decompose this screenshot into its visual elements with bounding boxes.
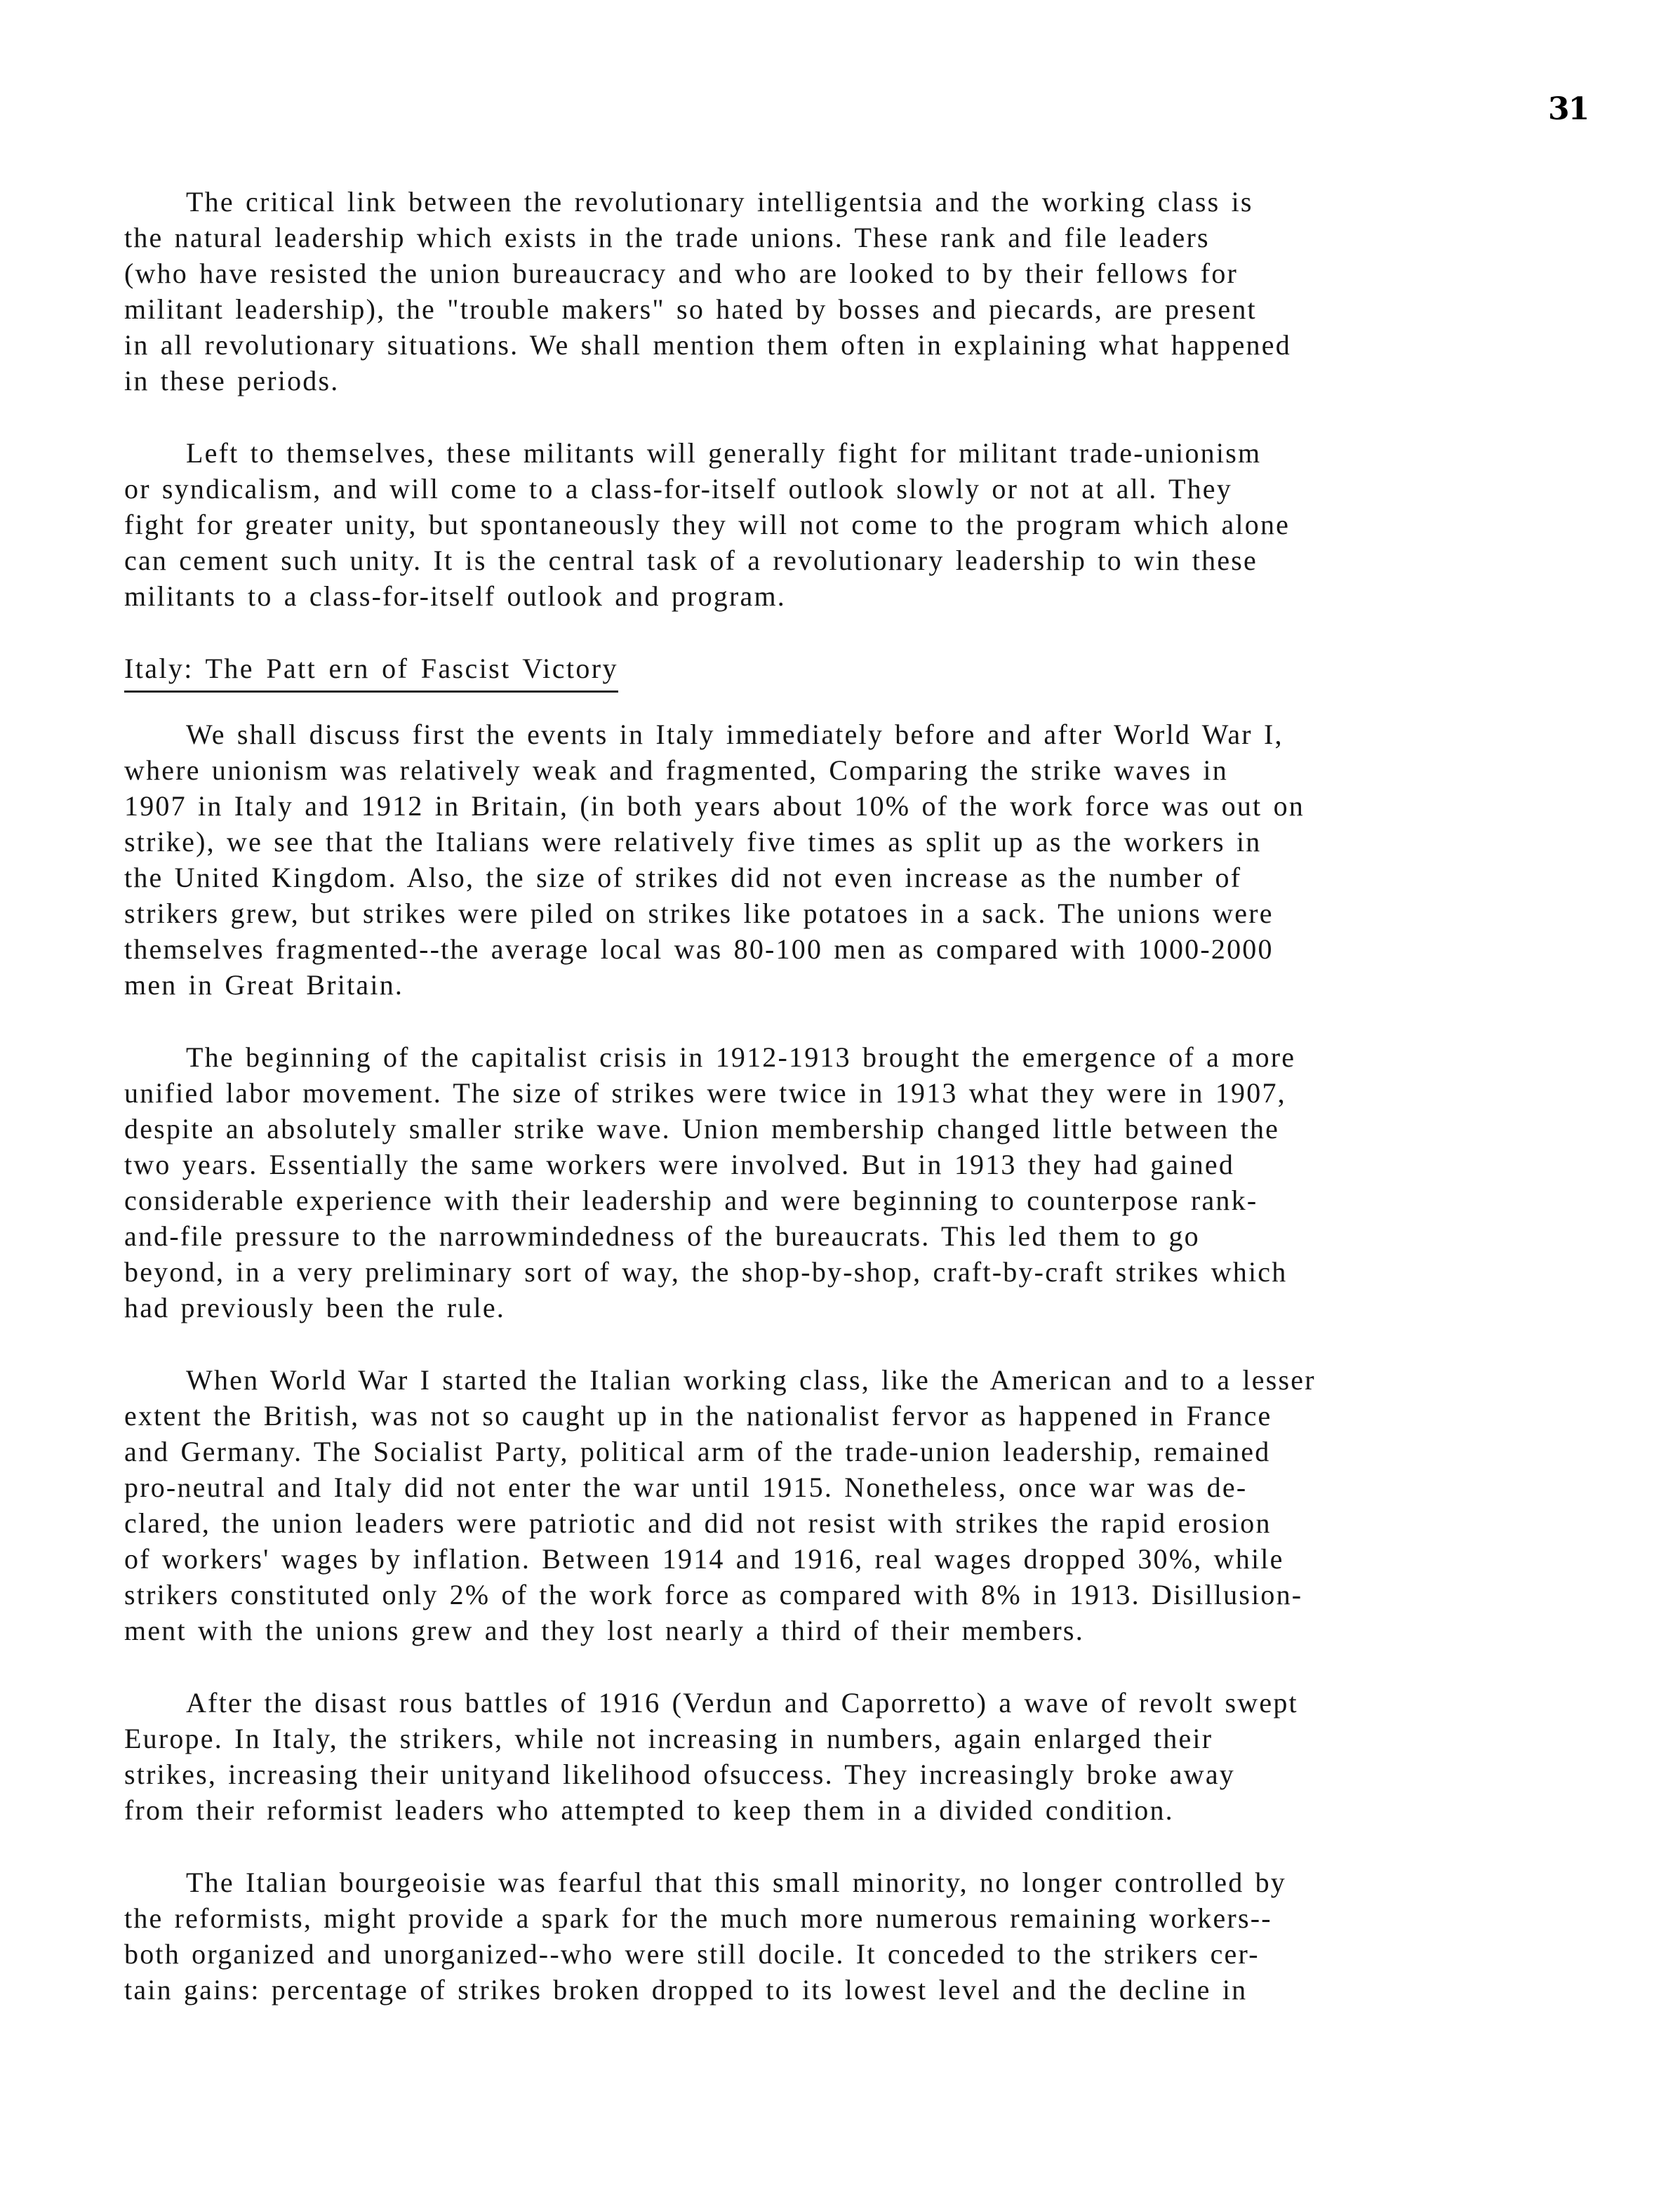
text-line: men in Great Britain.	[124, 967, 1570, 1003]
text-line: strikers constituted only 2% of the work…	[124, 1577, 1570, 1613]
text-line: in these periods.	[124, 363, 1570, 399]
text-line: ment with the unions grew and they lost …	[124, 1613, 1570, 1648]
paragraph-spacer	[124, 1003, 1570, 1039]
text-line: where unionism was relatively weak and f…	[124, 752, 1570, 788]
paragraph-spacer	[124, 1648, 1570, 1685]
text-line: the United Kingdom. Also, the size of st…	[124, 860, 1570, 895]
text-line: in all revolutionary situations. We shal…	[124, 327, 1570, 363]
text-line: from their reformist leaders who attempt…	[124, 1792, 1570, 1828]
text-line: themselves fragmented--the average local…	[124, 931, 1570, 967]
paragraph-revolutionary-link: The critical link between the revolution…	[124, 184, 1570, 399]
text-line: strike), we see that the Italians were r…	[124, 824, 1570, 860]
paragraph-italian-bourgeoisie: The Italian bourgeoisie was fearful that…	[124, 1864, 1570, 2008]
text-line: and Germany. The Socialist Party, politi…	[124, 1434, 1570, 1469]
text-line: had previously been the rule.	[124, 1290, 1570, 1326]
section-heading: Italy: The Patt ern of Fascist Victory	[124, 650, 618, 693]
text-line: extent the British, was not so caught up…	[124, 1398, 1570, 1434]
text-line: the natural leadership which exists in t…	[124, 220, 1570, 255]
paragraph-world-war-one: When World War I started the Italian wor…	[124, 1362, 1570, 1648]
text-line: When World War I started the Italian wor…	[124, 1362, 1570, 1398]
text-line: We shall discuss first the events in Ita…	[124, 716, 1570, 752]
text-line: two years. Essentially the same workers …	[124, 1147, 1570, 1182]
text-line: militant leadership), the "trouble maker…	[124, 291, 1570, 327]
text-line: After the disast rous battles of 1916 (V…	[124, 1685, 1570, 1721]
paragraph-capitalist-crisis: The beginning of the capitalist crisis i…	[124, 1039, 1570, 1326]
text-line: and-file pressure to the narrowmindednes…	[124, 1218, 1570, 1254]
text-line: The beginning of the capitalist crisis i…	[124, 1039, 1570, 1075]
text-line: Europe. In Italy, the strikers, while no…	[124, 1721, 1570, 1756]
text-line: of workers' wages by inflation. Between …	[124, 1541, 1570, 1577]
text-line: strikers grew, but strikes were piled on…	[124, 895, 1570, 931]
paragraph-spacer	[124, 399, 1570, 435]
text-line: The Italian bourgeoisie was fearful that…	[124, 1864, 1570, 1900]
text-line: fight for greater unity, but spontaneous…	[124, 507, 1570, 542]
text-line: tain gains: percentage of strikes broken…	[124, 1972, 1570, 2008]
text-line: the reformists, might provide a spark fo…	[124, 1900, 1570, 1936]
text-line: considerable experience with their leade…	[124, 1182, 1570, 1218]
text-line: 1907 in Italy and 1912 in Britain, (in b…	[124, 788, 1570, 824]
section-heading-wrap: Italy: The Patt ern of Fascist Victory	[124, 650, 618, 693]
paragraph-spacer	[124, 1326, 1570, 1362]
text-line: clared, the union leaders were patriotic…	[124, 1505, 1570, 1541]
paragraph-italy-prewar: We shall discuss first the events in Ita…	[124, 716, 1570, 1003]
text-line: strikes, increasing their unityand likel…	[124, 1756, 1570, 1792]
text-line: despite an absolutely smaller strike wav…	[124, 1111, 1570, 1147]
text-line: pro-neutral and Italy did not enter the …	[124, 1469, 1570, 1505]
paragraph-wave-of-revolt: After the disast rous battles of 1916 (V…	[124, 1685, 1570, 1828]
text-line: unified labor movement. The size of stri…	[124, 1075, 1570, 1111]
paragraph-militants: Left to themselves, these militants will…	[124, 435, 1570, 614]
text-line: The critical link between the revolution…	[124, 184, 1570, 220]
page-number: 31	[1548, 91, 1588, 127]
paragraph-spacer	[124, 1828, 1570, 1864]
text-line: beyond, in a very preliminary sort of wa…	[124, 1254, 1570, 1290]
text-line: (who have resisted the union bureaucracy…	[124, 255, 1570, 291]
text-line: militants to a class-for-itself outlook …	[124, 578, 1570, 614]
text-line: Left to themselves, these militants will…	[124, 435, 1570, 471]
paragraph-spacer	[124, 614, 1570, 650]
heading-spacer	[124, 693, 1570, 716]
text-line: can cement such unity. It is the central…	[124, 542, 1570, 578]
text-line: or syndicalism, and will come to a class…	[124, 471, 1570, 507]
text-line: both organized and unorganized--who were…	[124, 1936, 1570, 1972]
document-body: The critical link between the revolution…	[124, 184, 1570, 2008]
